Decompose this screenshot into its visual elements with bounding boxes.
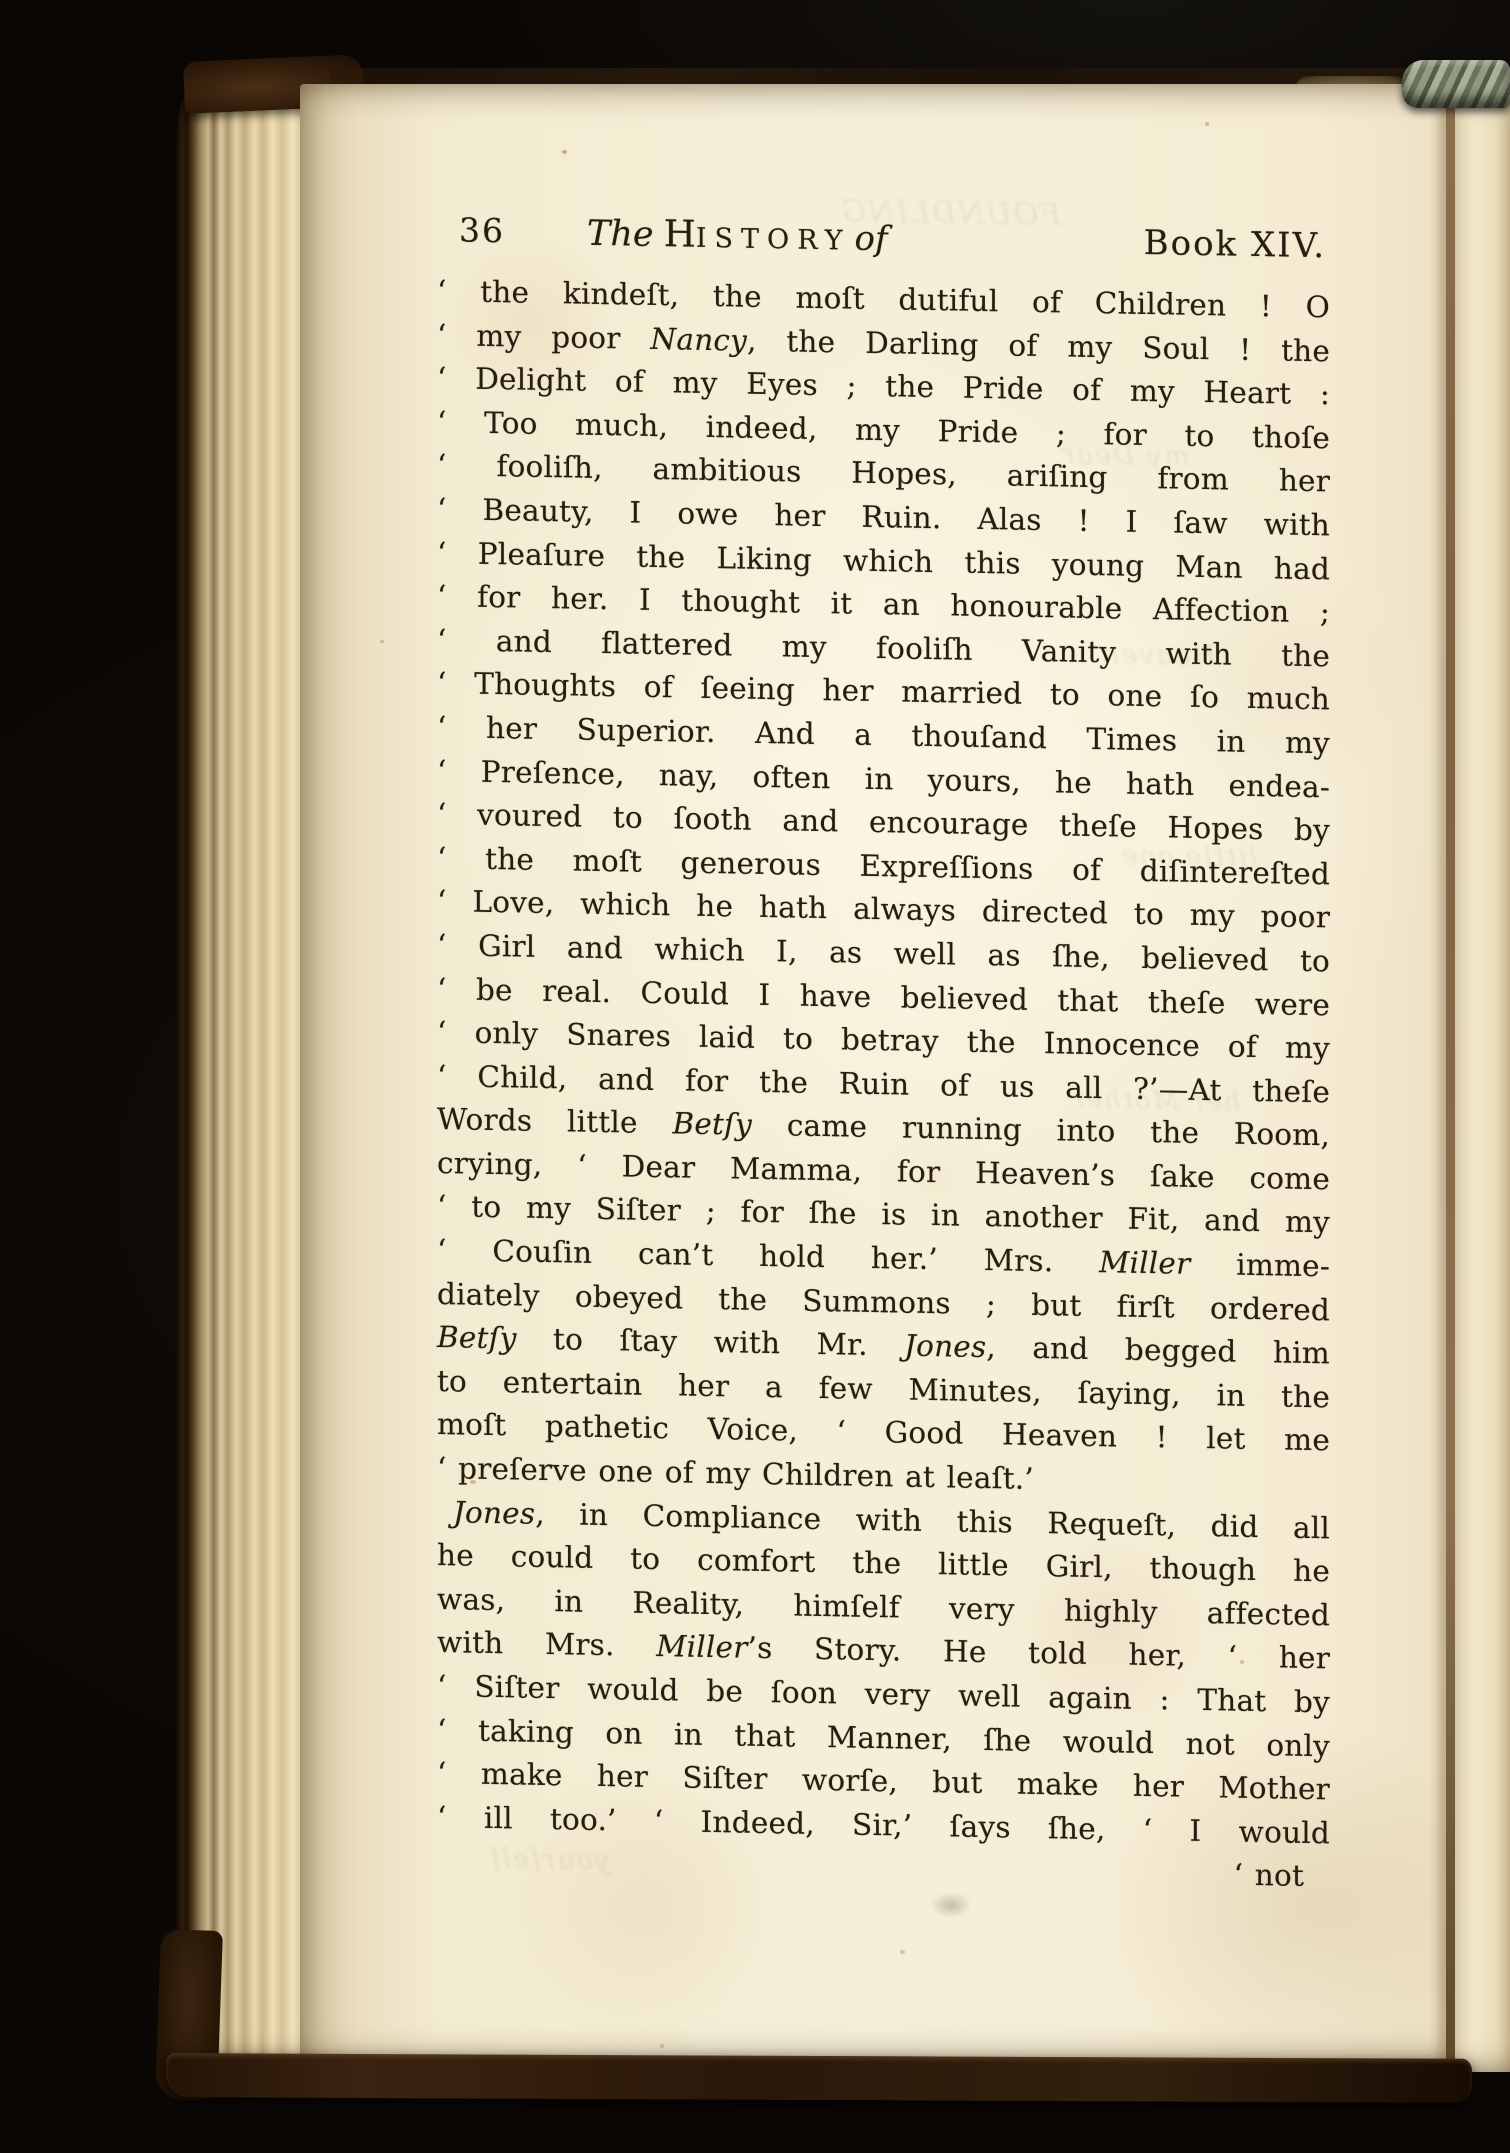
paper-speck (1205, 122, 1209, 126)
running-header: 36 TheHISTORYof Book XIV. (437, 206, 1330, 268)
title-initial: H (664, 212, 696, 256)
leather-cover-bottom-edge (166, 2053, 1472, 2103)
title-of: of (855, 219, 888, 260)
photo-of-book-page: { "header": { "page_number": "36", "titl… (0, 0, 1510, 2153)
page-number: 36 (459, 210, 505, 250)
title-the: The (587, 214, 654, 255)
paper-speck (562, 150, 567, 154)
adjacent-page-edge (1455, 92, 1510, 2072)
ink-smudge (930, 1892, 972, 1918)
title-caps: ISTORY (696, 223, 851, 257)
spine-endband-cord (1402, 60, 1510, 108)
paper-speck (900, 1950, 905, 1954)
paper-speck (660, 2044, 664, 2048)
book-page: FOUNDLINGmy DearHeavenlittle oneher Moth… (300, 84, 1452, 2066)
gutter-crease (1446, 104, 1455, 2062)
text-lines: ‘ the kindeſt, the moſt dutiful of Child… (437, 270, 1330, 1899)
running-title: TheHISTORYof (587, 211, 888, 260)
book-page-edges-stack (176, 74, 316, 2076)
book-number: Book XIV. (1144, 223, 1326, 266)
page-text-block: 36 TheHISTORYof Book XIV. ‘ the kindeſt,… (437, 206, 1330, 1899)
paper-speck (380, 640, 384, 643)
